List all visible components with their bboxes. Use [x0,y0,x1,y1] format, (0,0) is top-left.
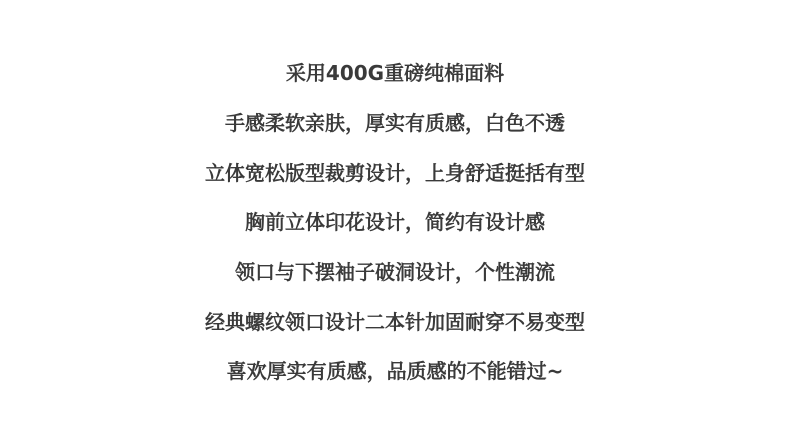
product-description: 采用400G重磅纯棉面料 手感柔软亲肤，厚实有质感，白色不透 立体宽松版型裁剪设… [0,0,790,436]
description-line-closing: 喜欢厚实有质感，品质感的不能错过~ [0,358,790,384]
description-line-print: 胸前立体印花设计，简约有设计感 [0,209,790,235]
description-line-collar: 经典螺纹领口设计二本针加固耐穿不易变型 [0,309,790,335]
description-line-material: 采用400G重磅纯棉面料 [0,60,790,86]
description-line-feel: 手感柔软亲肤，厚实有质感，白色不透 [0,110,790,136]
description-line-cut: 立体宽松版型裁剪设计，上身舒适挺括有型 [0,160,790,186]
description-line-distressed: 领口与下摆袖子破洞设计，个性潮流 [0,259,790,285]
